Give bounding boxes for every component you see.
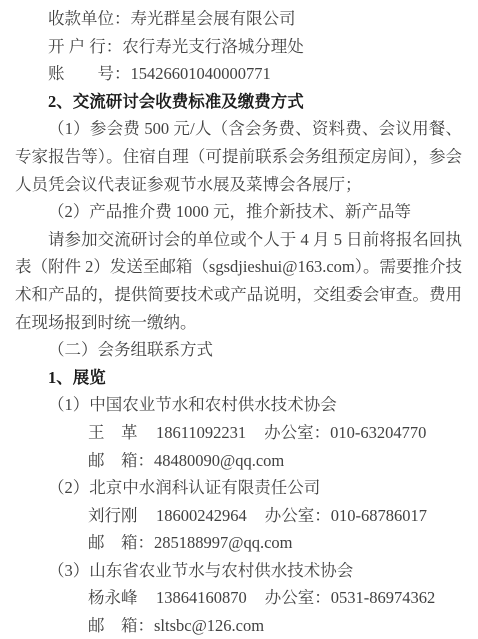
bank-value: 农行寿光支行洛城分理处 xyxy=(122,37,304,56)
office-label: 办公室： xyxy=(265,506,331,525)
email-address: 285188997@qq.com xyxy=(154,533,292,552)
contact-section-heading: （二）会务组联系方式 xyxy=(15,336,462,364)
account-number: 15426601040000771 xyxy=(131,64,271,83)
contact-block: （3）山东省农业节水与农村供水技术协会 杨永峰13864160870办公室：05… xyxy=(15,557,462,639)
org-name: （3）山东省农业节水与农村供水技术协会 xyxy=(15,557,462,585)
account-line: 账 号：15426601040000771 xyxy=(15,60,462,88)
bank-line: 开 户 行：农行寿光支行洛城分理处 xyxy=(15,33,462,61)
payee-label: 收款单位： xyxy=(48,9,131,28)
bank-label: 开 户 行： xyxy=(48,37,122,56)
contact-name: 刘行刚 xyxy=(88,502,140,530)
contact-email-line: 邮 箱：48480090@qq.com xyxy=(15,447,462,475)
contact-block: （1）中国农业节水和农村供水技术协会 王 革18611092231办公室：010… xyxy=(15,391,462,474)
mobile-number: 18600242964 xyxy=(156,506,247,525)
fee-item-1: （1）参会费 500 元/人（含会务费、资料费、会议用餐、专家报告等）。住宿自理… xyxy=(15,115,462,198)
mobile-number: 18611092231 xyxy=(156,423,246,442)
email-address: sltsbc@126.com xyxy=(154,616,264,635)
contact-person-line: 刘行刚18600242964办公室：010-68786017 xyxy=(15,502,462,530)
contact-name: 杨永峰 xyxy=(88,584,140,612)
document-page: 收款单位：寿光群星会展有限公司 开 户 行：农行寿光支行洛城分理处 账 号：15… xyxy=(0,0,478,639)
email-label: 邮 箱： xyxy=(88,533,154,552)
office-phone: 010-68786017 xyxy=(331,506,427,525)
email-label: 邮 箱： xyxy=(88,451,154,470)
contact-person-line: 王 革18611092231办公室：010-63204770 xyxy=(15,419,462,447)
email-label: 邮 箱： xyxy=(88,616,154,635)
office-phone: 010-63204770 xyxy=(330,423,426,442)
email-address: 48480090@qq.com xyxy=(154,451,284,470)
mobile-number: 13864160870 xyxy=(156,588,247,607)
contact-person-line: 杨永峰13864160870办公室：0531-86974362 xyxy=(15,584,462,612)
org-name: （2）北京中水润科认证有限责任公司 xyxy=(15,474,462,502)
account-label: 账 号： xyxy=(48,64,131,83)
contact-email-line: 邮 箱：285188997@qq.com xyxy=(15,529,462,557)
exhibition-subheading: 1、展览 xyxy=(15,364,462,392)
office-label: 办公室： xyxy=(265,588,331,607)
office-phone: 0531-86974362 xyxy=(331,588,436,607)
registration-paragraph: 请参加交流研讨会的单位或个人于 4 月 5 日前将报名回执表（附件 2）发送至邮… xyxy=(15,226,462,336)
contact-block: （2）北京中水润科认证有限责任公司 刘行刚18600242964办公室：010-… xyxy=(15,474,462,557)
org-name: （1）中国农业节水和农村供水技术协会 xyxy=(15,391,462,419)
contact-name: 王 革 xyxy=(88,419,140,447)
fee-section-heading: 2、交流研讨会收费标准及缴费方式 xyxy=(15,88,462,116)
contact-email-line: 邮 箱：sltsbc@126.com xyxy=(15,612,462,639)
office-label: 办公室： xyxy=(264,423,330,442)
payee-line: 收款单位：寿光群星会展有限公司 xyxy=(15,5,462,33)
payee-value: 寿光群星会展有限公司 xyxy=(131,9,296,28)
fee-item-2: （2）产品推介费 1000 元，推介新技术、新产品等 xyxy=(15,198,462,226)
